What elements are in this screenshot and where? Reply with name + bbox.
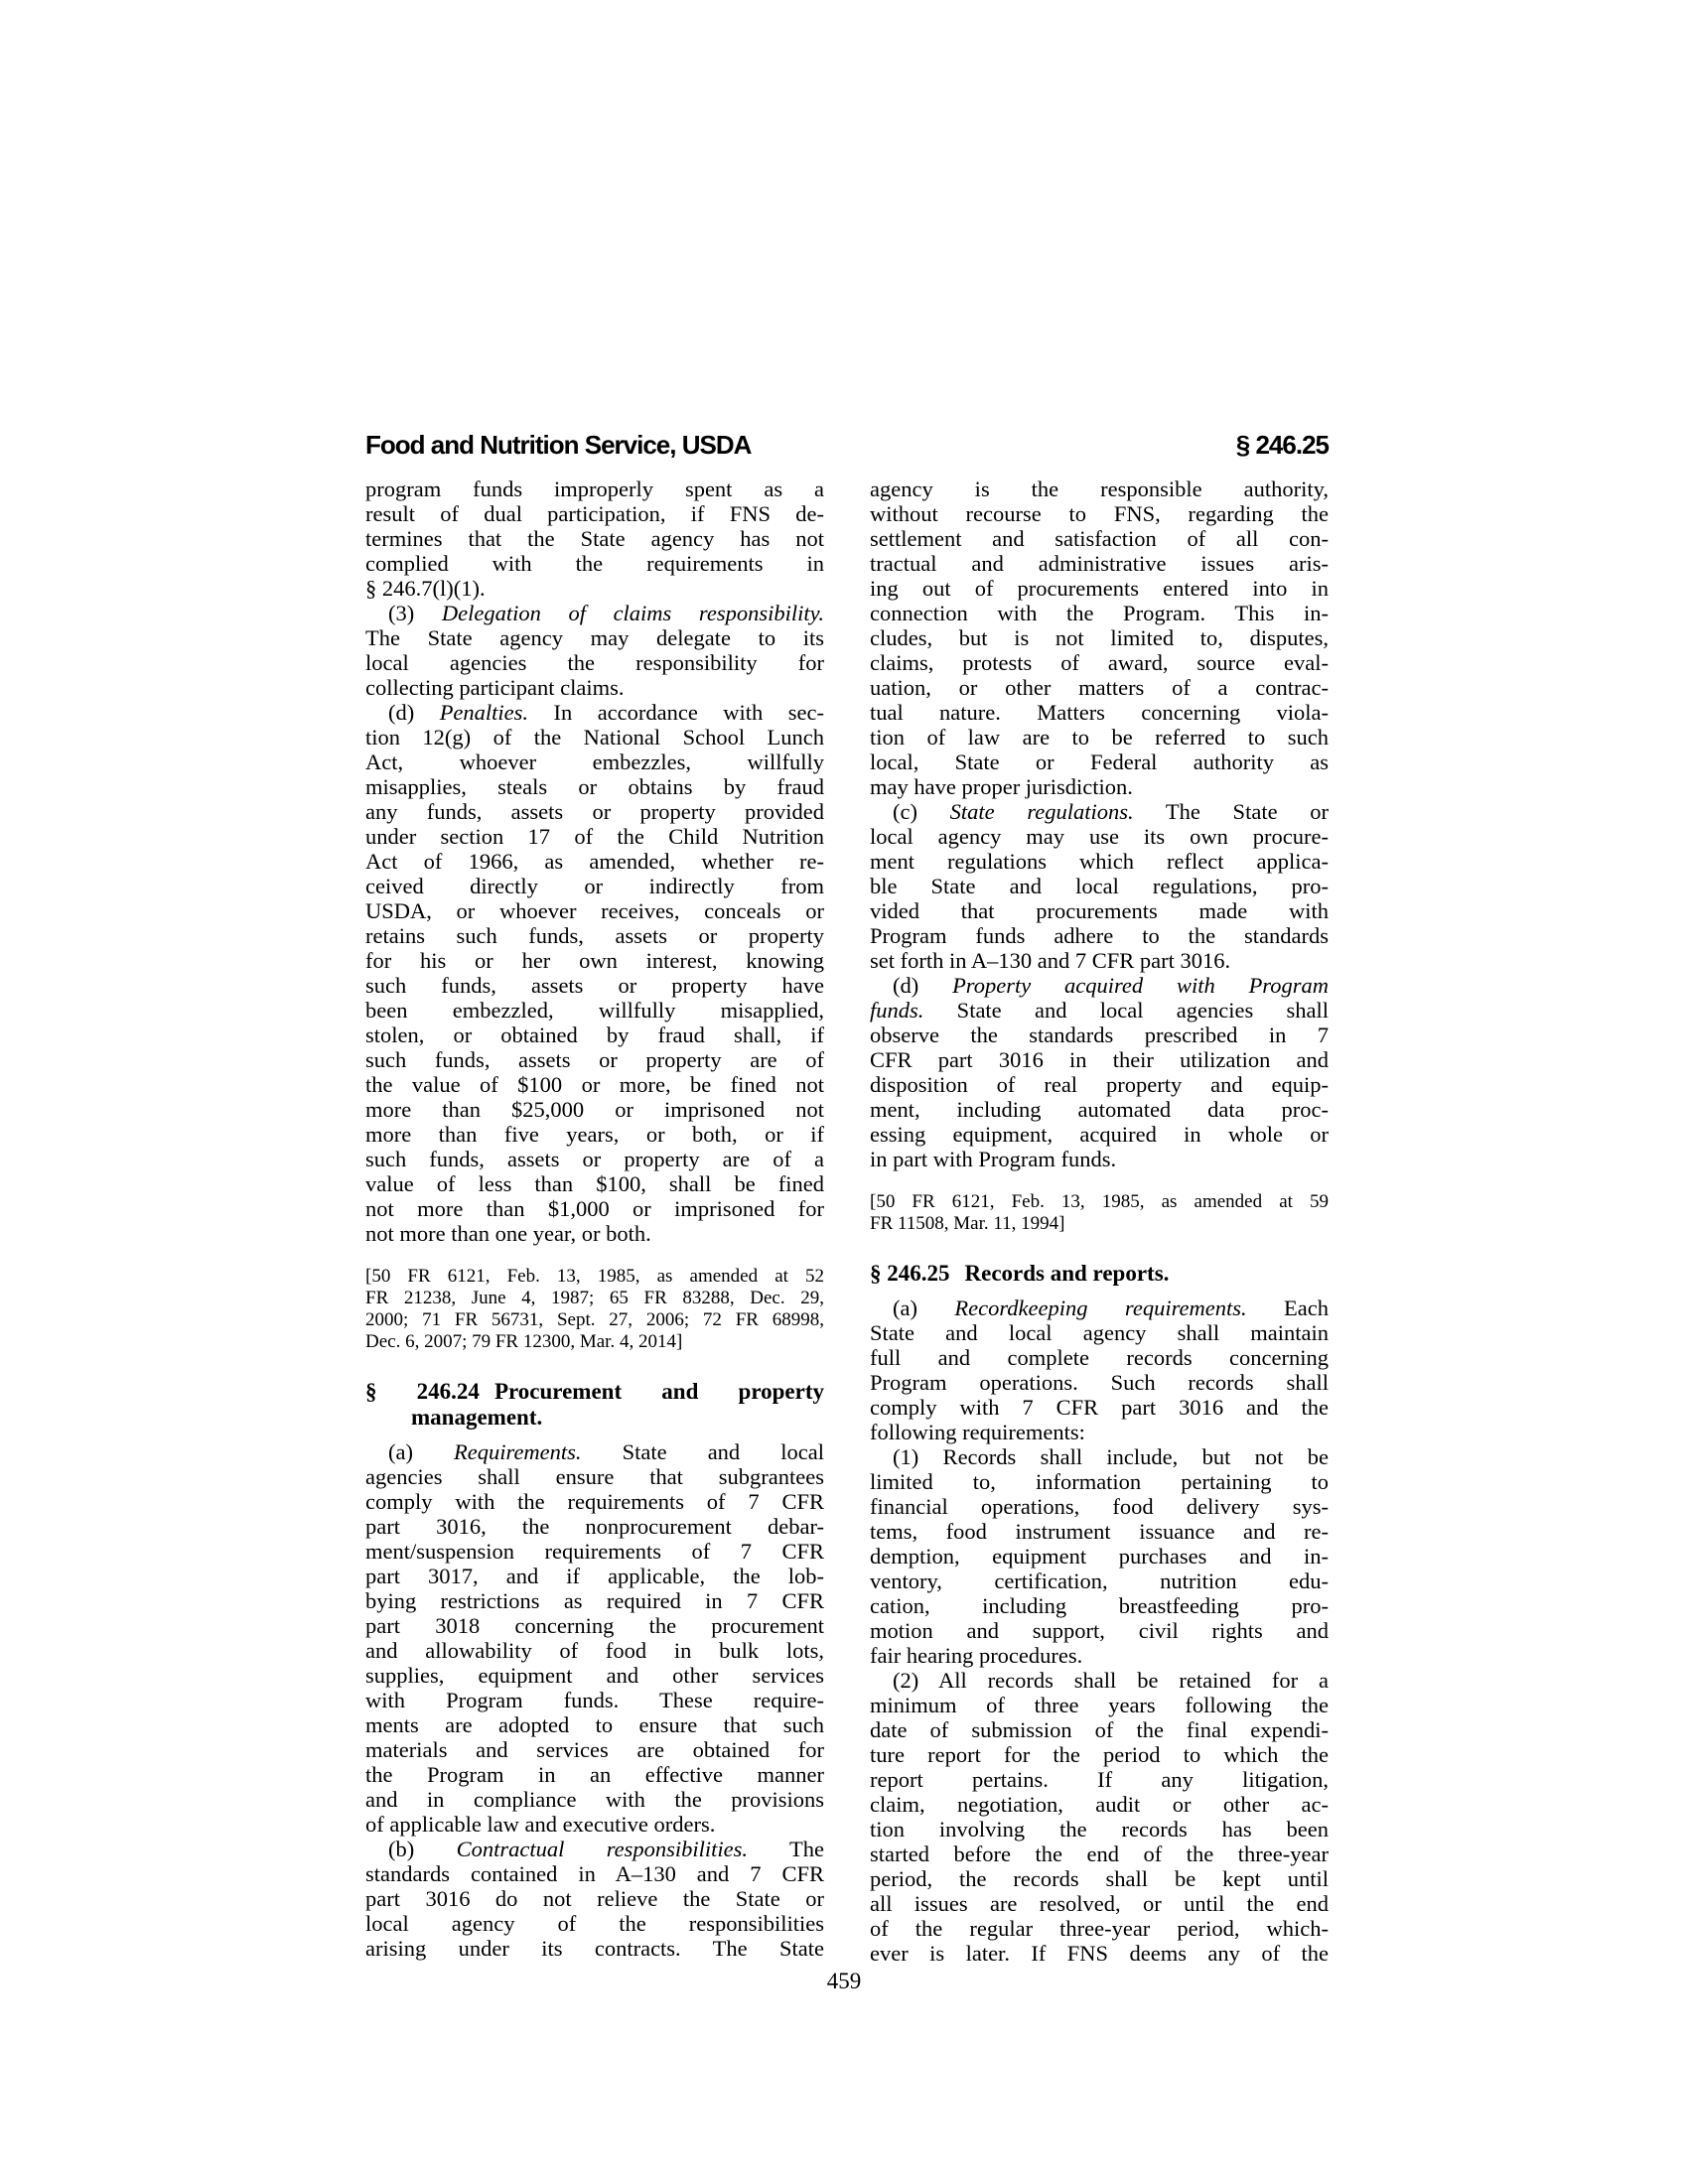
text-line: complied with the requirements in bbox=[365, 551, 824, 576]
text-run: The bbox=[748, 1837, 824, 1861]
text-run: ments are adopted to ensure that such bbox=[365, 1712, 824, 1737]
text-line: The State agency may delegate to its bbox=[365, 625, 824, 650]
running-head-section: § 246.25 bbox=[1236, 431, 1329, 459]
running-head: Food and Nutrition Service, USDA § 246.2… bbox=[365, 431, 1329, 459]
text-run: Recordkeeping requirements. bbox=[954, 1296, 1246, 1320]
text-run: cation, including breastfeeding pro- bbox=[870, 1593, 1329, 1618]
text-run: Dec. 6, 2007; 79 FR 12300, Mar. 4, 2014] bbox=[365, 1331, 682, 1352]
paragraph: (3) Delegation of claims responsibility.… bbox=[365, 601, 824, 700]
text-run: cludes, but is not limited to, disputes, bbox=[870, 625, 1329, 650]
text-line: ever is later. If FNS deems any of the bbox=[870, 1941, 1329, 1966]
text-line: [50 FR 6121, Feb. 13, 1985, as amended a… bbox=[365, 1266, 824, 1288]
text-run: following requirements: bbox=[870, 1420, 1085, 1444]
text-run: (1) Records shall include, but not be bbox=[893, 1444, 1329, 1469]
text-line: § 246.7(l)(1). bbox=[365, 576, 824, 601]
text-line: limited to, information pertaining to bbox=[870, 1469, 1329, 1494]
text-run: (2) All records shall be retained for a bbox=[893, 1668, 1329, 1693]
text-line: (1) Records shall include, but not be bbox=[870, 1444, 1329, 1469]
text-line: more than five years, or both, or if bbox=[365, 1122, 824, 1147]
text-run: and allowability of food in bulk lots, bbox=[365, 1638, 824, 1663]
text-line: cation, including breastfeeding pro- bbox=[870, 1593, 1329, 1618]
text-line: (a) Recordkeeping requirements. Each bbox=[870, 1296, 1329, 1320]
citation: [50 FR 6121, Feb. 13, 1985, as amended a… bbox=[365, 1266, 824, 1353]
text-run: local agencies the responsibility for bbox=[365, 650, 824, 675]
page-number: 459 bbox=[0, 1969, 1688, 1994]
text-line: § 246.25Records and reports. bbox=[870, 1261, 1329, 1287]
text-line: started before the end of the three-year bbox=[870, 1842, 1329, 1866]
text-run: period, the records shall be kept until bbox=[870, 1866, 1329, 1891]
text-run: termines that the State agency has not bbox=[365, 526, 824, 551]
text-run: FR 11508, Mar. 11, 1994] bbox=[870, 1213, 1065, 1234]
text-line: uation, or other matters of a contrac- bbox=[870, 675, 1329, 700]
text-line: FR 11508, Mar. 11, 1994] bbox=[870, 1213, 1329, 1235]
text-line: tion 12(g) of the National School Lunch bbox=[365, 725, 824, 750]
text-run: such funds, assets or property are of bbox=[365, 1047, 824, 1072]
text-line: stolen, or obtained by fraud shall, if bbox=[365, 1023, 824, 1047]
text-run: program funds improperly spent as a bbox=[365, 477, 824, 501]
text-run: (a) bbox=[388, 1439, 454, 1464]
text-line: any funds, assets or property provided bbox=[365, 799, 824, 824]
text-line: 2000; 71 FR 56731, Sept. 27, 2006; 72 FR… bbox=[365, 1309, 824, 1331]
text-run: essing equipment, acquired in whole or bbox=[870, 1122, 1329, 1147]
text-run: settlement and satisfaction of all con- bbox=[870, 526, 1329, 551]
text-line: settlement and satisfaction of all con- bbox=[870, 526, 1329, 551]
text-run: [50 FR 6121, Feb. 13, 1985, as amended a… bbox=[365, 1266, 824, 1287]
text-line: the Program in an effective manner bbox=[365, 1762, 824, 1787]
text-run: The State agency may delegate to its bbox=[365, 625, 824, 650]
text-run: disposition of real property and equip- bbox=[870, 1072, 1329, 1097]
text-line: ing out of procurements entered into in bbox=[870, 576, 1329, 601]
text-line: (a) Requirements. State and local bbox=[365, 1439, 824, 1464]
paragraph: (d) Penalties. In accordance with sec-ti… bbox=[365, 700, 824, 1246]
text-run: value of less than $100, shall be fined bbox=[365, 1171, 824, 1196]
text-line: tion involving the records has been bbox=[870, 1817, 1329, 1842]
text-run: local agency of the responsibilities bbox=[365, 1911, 824, 1936]
running-head-title: Food and Nutrition Service, USDA bbox=[365, 431, 751, 459]
text-run: part 3016, the nonprocurement debar- bbox=[365, 1514, 824, 1539]
text-line: (3) Delegation of claims responsibility. bbox=[365, 601, 824, 625]
text-line: FR 21238, June 4, 1987; 65 FR 83288, Dec… bbox=[365, 1288, 824, 1309]
text-line: full and complete records concerning bbox=[870, 1345, 1329, 1370]
text-line: claims, protests of award, source eval- bbox=[870, 650, 1329, 675]
text-run: demption, equipment purchases and in- bbox=[870, 1544, 1329, 1569]
text-line: tractual and administrative issues aris- bbox=[870, 551, 1329, 576]
text-line: the value of $100 or more, be fined not bbox=[365, 1072, 824, 1097]
text-line: cludes, but is not limited to, disputes, bbox=[870, 625, 1329, 650]
text-line: under section 17 of the Child Nutrition bbox=[365, 824, 824, 849]
text-run: part 3017, and if applicable, the lob- bbox=[365, 1564, 824, 1588]
text-line: management. bbox=[365, 1405, 824, 1431]
text-run: claim, negotiation, audit or other ac- bbox=[870, 1792, 1329, 1817]
text-line: CFR part 3016 in their utilization and bbox=[870, 1047, 1329, 1072]
text-run: State regulations. bbox=[950, 799, 1134, 824]
paragraph: (2) All records shall be retained for am… bbox=[870, 1668, 1329, 1966]
text-line: part 3017, and if applicable, the lob- bbox=[365, 1564, 824, 1588]
text-run: (b) bbox=[388, 1837, 457, 1861]
text-run: (c) bbox=[893, 799, 950, 824]
text-line: [50 FR 6121, Feb. 13, 1985, as amended a… bbox=[870, 1191, 1329, 1213]
text-run: bying restrictions as required in 7 CFR bbox=[365, 1588, 824, 1613]
text-run: Records and reports. bbox=[965, 1261, 1170, 1286]
text-line: misapplies, steals or obtains by fraud bbox=[365, 774, 824, 799]
text-run: ment, including automated data proc- bbox=[870, 1097, 1329, 1122]
text-line: following requirements: bbox=[870, 1420, 1329, 1444]
text-run: comply with the requirements of 7 CFR bbox=[365, 1489, 824, 1514]
text-run: tion of law are to be referred to such bbox=[870, 725, 1329, 750]
text-run: materials and services are obtained for bbox=[365, 1737, 824, 1762]
text-line: agencies shall ensure that subgrantees bbox=[365, 1464, 824, 1489]
text-run: vided that procurements made with bbox=[870, 898, 1329, 923]
text-line: more than $25,000 or imprisoned not bbox=[365, 1097, 824, 1122]
text-run: standards contained in A–130 and 7 CFR bbox=[365, 1861, 824, 1886]
text-line: ble State and local regulations, pro- bbox=[870, 874, 1329, 898]
text-line: disposition of real property and equip- bbox=[870, 1072, 1329, 1097]
citation: [50 FR 6121, Feb. 13, 1985, as amended a… bbox=[870, 1191, 1329, 1235]
text-run: misapplies, steals or obtains by fraud bbox=[365, 774, 824, 799]
text-run: Each bbox=[1247, 1296, 1329, 1320]
text-run: started before the end of the three-year bbox=[870, 1842, 1329, 1866]
text-line: local agencies the responsibility for bbox=[365, 650, 824, 675]
text-run: all issues are resolved, or until the en… bbox=[870, 1891, 1329, 1916]
paragraph: (1) Records shall include, but not belim… bbox=[870, 1444, 1329, 1668]
text-run: In accordance with sec- bbox=[528, 700, 824, 725]
text-line: ventory, certification, nutrition edu- bbox=[870, 1569, 1329, 1593]
text-run: part 3018 concerning the procurement bbox=[365, 1613, 824, 1638]
text-line: all issues are resolved, or until the en… bbox=[870, 1891, 1329, 1916]
text-run: agencies shall ensure that subgrantees bbox=[365, 1464, 824, 1489]
text-run: (d) bbox=[388, 700, 440, 725]
text-run: § 246.25 bbox=[870, 1261, 950, 1286]
text-run: the value of $100 or more, be fined not bbox=[365, 1072, 824, 1097]
text-run: for his or her own interest, knowing bbox=[365, 948, 824, 973]
text-line: State and local agency shall maintain bbox=[870, 1320, 1329, 1345]
text-run: FR 21238, June 4, 1987; 65 FR 83288, Dec… bbox=[365, 1288, 824, 1308]
text-run: Program operations. Such records shall bbox=[870, 1370, 1329, 1395]
text-line: ment/suspension requirements of 7 CFR bbox=[365, 1539, 824, 1564]
text-run: with Program funds. These require- bbox=[365, 1688, 824, 1712]
text-line: such funds, assets or property are of bbox=[365, 1047, 824, 1072]
right-column: agency is the responsible authority,with… bbox=[870, 477, 1329, 1966]
text-run: connection with the Program. This in- bbox=[870, 601, 1329, 625]
text-line: connection with the Program. This in- bbox=[870, 601, 1329, 625]
text-run: tual nature. Matters concerning viola- bbox=[870, 700, 1329, 725]
paragraph: (c) State regulations. The State orlocal… bbox=[870, 799, 1329, 973]
text-line: Act, whoever embezzles, willfully bbox=[365, 750, 824, 774]
text-run: ever is later. If FNS deems any of the bbox=[870, 1941, 1329, 1966]
text-line: vided that procurements made with bbox=[870, 898, 1329, 923]
text-run: part 3016 do not relieve the State or bbox=[365, 1886, 824, 1911]
text-run: uation, or other matters of a contrac- bbox=[870, 675, 1329, 700]
text-line: funds. State and local agencies shall bbox=[870, 998, 1329, 1023]
text-line: essing equipment, acquired in whole or bbox=[870, 1122, 1329, 1147]
text-line: comply with 7 CFR part 3016 and the bbox=[870, 1395, 1329, 1420]
text-run: ment regulations which reflect applica- bbox=[870, 849, 1329, 874]
text-run: may have proper jurisdiction. bbox=[870, 774, 1133, 799]
text-line: claim, negotiation, audit or other ac- bbox=[870, 1792, 1329, 1817]
text-run: arising under its contracts. The State bbox=[365, 1936, 824, 1961]
text-run: State and local agencies shall bbox=[923, 998, 1329, 1023]
text-line: Act of 1966, as amended, whether re- bbox=[365, 849, 824, 874]
text-run: tion involving the records has been bbox=[870, 1817, 1329, 1842]
text-line: (d) Property acquired with Program bbox=[870, 973, 1329, 998]
text-run: of applicable law and executive orders. bbox=[365, 1812, 715, 1837]
text-line: program funds improperly spent as a bbox=[365, 477, 824, 501]
text-run: tractual and administrative issues aris- bbox=[870, 551, 1329, 576]
text-line: agency is the responsible authority, bbox=[870, 477, 1329, 501]
paragraph: (a) Recordkeeping requirements. EachStat… bbox=[870, 1296, 1329, 1444]
text-run: § 246.24 bbox=[365, 1379, 480, 1404]
text-run: Delegation of claims responsibility. bbox=[442, 601, 824, 625]
text-line: Dec. 6, 2007; 79 FR 12300, Mar. 4, 2014] bbox=[365, 1331, 824, 1353]
text-run: result of dual participation, if FNS de- bbox=[365, 501, 824, 526]
text-run: (3) bbox=[388, 601, 442, 625]
text-line: standards contained in A–130 and 7 CFR bbox=[365, 1861, 824, 1886]
text-run: [50 FR 6121, Feb. 13, 1985, as amended a… bbox=[870, 1191, 1329, 1212]
text-run: 2000; 71 FR 56731, Sept. 27, 2006; 72 FR… bbox=[365, 1309, 824, 1330]
text-run: such funds, assets or property have bbox=[365, 973, 824, 998]
text-line: minimum of three years following the bbox=[870, 1693, 1329, 1717]
text-run: set forth in A–130 and 7 CFR part 3016. bbox=[870, 948, 1230, 973]
text-line: USDA, or whoever receives, conceals or bbox=[365, 898, 824, 923]
text-run: under section 17 of the Child Nutrition bbox=[365, 824, 824, 849]
text-line: collecting participant claims. bbox=[365, 675, 824, 700]
text-run: financial operations, food delivery sys- bbox=[870, 1494, 1329, 1519]
text-run: ing out of procurements entered into in bbox=[870, 576, 1329, 601]
text-line: tems, food instrument issuance and re- bbox=[870, 1519, 1329, 1544]
text-run: CFR part 3016 in their utilization and bbox=[870, 1047, 1329, 1072]
text-run: date of submission of the final expendi- bbox=[870, 1717, 1329, 1742]
text-run: fair hearing procedures. bbox=[870, 1643, 1082, 1668]
text-run: The State or bbox=[1134, 799, 1329, 824]
text-run: collecting participant claims. bbox=[365, 675, 625, 700]
text-run: USDA, or whoever receives, conceals or bbox=[365, 898, 824, 923]
paragraph: program funds improperly spent as aresul… bbox=[365, 477, 824, 601]
text-line: such funds, assets or property have bbox=[365, 973, 824, 998]
left-column: program funds improperly spent as aresul… bbox=[365, 477, 824, 1961]
text-line: local agency may use its own procure- bbox=[870, 824, 1329, 849]
text-run: comply with 7 CFR part 3016 and the bbox=[870, 1395, 1329, 1420]
text-run: more than $25,000 or imprisoned not bbox=[365, 1097, 824, 1122]
text-run: management. bbox=[411, 1405, 542, 1430]
text-line: demption, equipment purchases and in- bbox=[870, 1544, 1329, 1569]
cfr-page: Food and Nutrition Service, USDA § 246.2… bbox=[0, 0, 1688, 2184]
text-line: Program operations. Such records shall bbox=[870, 1370, 1329, 1395]
text-run: local agency may use its own procure- bbox=[870, 824, 1329, 849]
text-run: of the regular three-year period, which- bbox=[870, 1916, 1329, 1941]
text-line: arising under its contracts. The State bbox=[365, 1936, 824, 1961]
text-run: funds. bbox=[870, 998, 923, 1023]
text-line: (d) Penalties. In accordance with sec- bbox=[365, 700, 824, 725]
text-line: ture report for the period to which the bbox=[870, 1742, 1329, 1767]
text-line: local agency of the responsibilities bbox=[365, 1911, 824, 1936]
text-run: not more than one year, or both. bbox=[365, 1221, 651, 1246]
text-line: (c) State regulations. The State or bbox=[870, 799, 1329, 824]
text-line: not more than one year, or both. bbox=[365, 1221, 824, 1246]
text-run: been embezzled, willfully misapplied, bbox=[365, 998, 824, 1023]
text-line: part 3016 do not relieve the State or bbox=[365, 1886, 824, 1911]
text-run: Program funds adhere to the standards bbox=[870, 923, 1329, 948]
text-run: Act of 1966, as amended, whether re- bbox=[365, 849, 824, 874]
text-line: of the regular three-year period, which- bbox=[870, 1916, 1329, 1941]
text-line: ceived directly or indirectly from bbox=[365, 874, 824, 898]
text-line: such funds, assets or property are of a bbox=[365, 1147, 824, 1171]
text-run: Act, whoever embezzles, willfully bbox=[365, 750, 824, 774]
text-run: State and local agency shall maintain bbox=[870, 1320, 1329, 1345]
section-heading: § 246.25Records and reports. bbox=[870, 1261, 1329, 1287]
text-run: retains such funds, assets or property bbox=[365, 923, 824, 948]
text-line: (2) All records shall be retained for a bbox=[870, 1668, 1329, 1693]
text-run: (d) bbox=[893, 973, 952, 998]
text-run: motion and support, civil rights and bbox=[870, 1618, 1329, 1643]
text-run: § 246.7(l)(1). bbox=[365, 576, 486, 601]
text-run: observe the standards prescribed in 7 bbox=[870, 1023, 1329, 1047]
text-line: motion and support, civil rights and bbox=[870, 1618, 1329, 1643]
text-line: termines that the State agency has not bbox=[365, 526, 824, 551]
text-run: State and local bbox=[582, 1439, 824, 1464]
text-run: Property acquired with Program bbox=[952, 973, 1329, 998]
text-line: may have proper jurisdiction. bbox=[870, 774, 1329, 799]
text-line: § 246.24Procurement and property bbox=[365, 1379, 824, 1405]
text-line: ments are adopted to ensure that such bbox=[365, 1712, 824, 1737]
text-run: Contractual responsibilities. bbox=[457, 1837, 748, 1861]
text-line: financial operations, food delivery sys- bbox=[870, 1494, 1329, 1519]
text-line: ment regulations which reflect applica- bbox=[870, 849, 1329, 874]
paragraph: (a) Requirements. State and localagencie… bbox=[365, 1439, 824, 1837]
text-line: fair hearing procedures. bbox=[870, 1643, 1329, 1668]
text-run: without recourse to FNS, regarding the bbox=[870, 501, 1329, 526]
text-line: observe the standards prescribed in 7 bbox=[870, 1023, 1329, 1047]
text-run: ture report for the period to which the bbox=[870, 1742, 1329, 1767]
text-line: for his or her own interest, knowing bbox=[365, 948, 824, 973]
text-line: date of submission of the final expendi- bbox=[870, 1717, 1329, 1742]
text-run: and in compliance with the provisions bbox=[365, 1787, 824, 1812]
text-run: (a) bbox=[893, 1296, 954, 1320]
text-run: local, State or Federal authority as bbox=[870, 750, 1329, 774]
paragraph: (d) Property acquired with Programfunds.… bbox=[870, 973, 1329, 1171]
text-run: in part with Program funds. bbox=[870, 1147, 1116, 1171]
text-run: tems, food instrument issuance and re- bbox=[870, 1519, 1329, 1544]
text-line: period, the records shall be kept until bbox=[870, 1866, 1329, 1891]
text-run: agency is the responsible authority, bbox=[870, 477, 1329, 501]
text-line: tual nature. Matters concerning viola- bbox=[870, 700, 1329, 725]
text-line: and allowability of food in bulk lots, bbox=[365, 1638, 824, 1663]
text-line: result of dual participation, if FNS de- bbox=[365, 501, 824, 526]
text-run: supplies, equipment and other services bbox=[365, 1663, 824, 1688]
text-run: claims, protests of award, source eval- bbox=[870, 650, 1329, 675]
text-line: tion of law are to be referred to such bbox=[870, 725, 1329, 750]
section-heading: § 246.24Procurement and propertymanageme… bbox=[365, 1379, 824, 1431]
text-run: tion 12(g) of the National School Lunch bbox=[365, 725, 824, 750]
text-run: complied with the requirements in bbox=[365, 551, 824, 576]
text-line: set forth in A–130 and 7 CFR part 3016. bbox=[870, 948, 1329, 973]
text-line: and in compliance with the provisions bbox=[365, 1787, 824, 1812]
text-run: the Program in an effective manner bbox=[365, 1762, 824, 1787]
text-line: comply with the requirements of 7 CFR bbox=[365, 1489, 824, 1514]
text-line: Program funds adhere to the standards bbox=[870, 923, 1329, 948]
text-line: report pertains. If any litigation, bbox=[870, 1767, 1329, 1792]
text-line: part 3018 concerning the procurement bbox=[365, 1613, 824, 1638]
text-line: ment, including automated data proc- bbox=[870, 1097, 1329, 1122]
text-run: ceived directly or indirectly from bbox=[365, 874, 824, 898]
text-run: Penalties. bbox=[440, 700, 528, 725]
text-line: supplies, equipment and other services bbox=[365, 1663, 824, 1688]
text-line: local, State or Federal authority as bbox=[870, 750, 1329, 774]
text-run: ble State and local regulations, pro- bbox=[870, 874, 1329, 898]
paragraph: (b) Contractual responsibilities. Thesta… bbox=[365, 1837, 824, 1961]
text-run: ment/suspension requirements of 7 CFR bbox=[365, 1539, 824, 1564]
text-line: with Program funds. These require- bbox=[365, 1688, 824, 1712]
text-line: in part with Program funds. bbox=[870, 1147, 1329, 1171]
paragraph: agency is the responsible authority,with… bbox=[870, 477, 1329, 799]
text-run: not more than $1,000 or imprisoned for bbox=[365, 1196, 824, 1221]
text-line: bying restrictions as required in 7 CFR bbox=[365, 1588, 824, 1613]
text-run: any funds, assets or property provided bbox=[365, 799, 824, 824]
text-line: part 3016, the nonprocurement debar- bbox=[365, 1514, 824, 1539]
text-run: ventory, certification, nutrition edu- bbox=[870, 1569, 1329, 1593]
text-run: Requirements. bbox=[454, 1439, 582, 1464]
text-line: of applicable law and executive orders. bbox=[365, 1812, 824, 1837]
text-run: limited to, information pertaining to bbox=[870, 1469, 1329, 1494]
text-run: more than five years, or both, or if bbox=[365, 1122, 824, 1147]
text-line: value of less than $100, shall be fined bbox=[365, 1171, 824, 1196]
text-line: without recourse to FNS, regarding the bbox=[870, 501, 1329, 526]
text-line: materials and services are obtained for bbox=[365, 1737, 824, 1762]
text-line: not more than $1,000 or imprisoned for bbox=[365, 1196, 824, 1221]
text-run: such funds, assets or property are of a bbox=[365, 1147, 824, 1171]
text-line: been embezzled, willfully misapplied, bbox=[365, 998, 824, 1023]
text-line: (b) Contractual responsibilities. The bbox=[365, 1837, 824, 1861]
text-run: Procurement and property bbox=[494, 1379, 824, 1404]
text-line: retains such funds, assets or property bbox=[365, 923, 824, 948]
text-run: full and complete records concerning bbox=[870, 1345, 1329, 1370]
text-run: report pertains. If any litigation, bbox=[870, 1767, 1329, 1792]
text-run: stolen, or obtained by fraud shall, if bbox=[365, 1023, 824, 1047]
text-run: minimum of three years following the bbox=[870, 1693, 1329, 1717]
